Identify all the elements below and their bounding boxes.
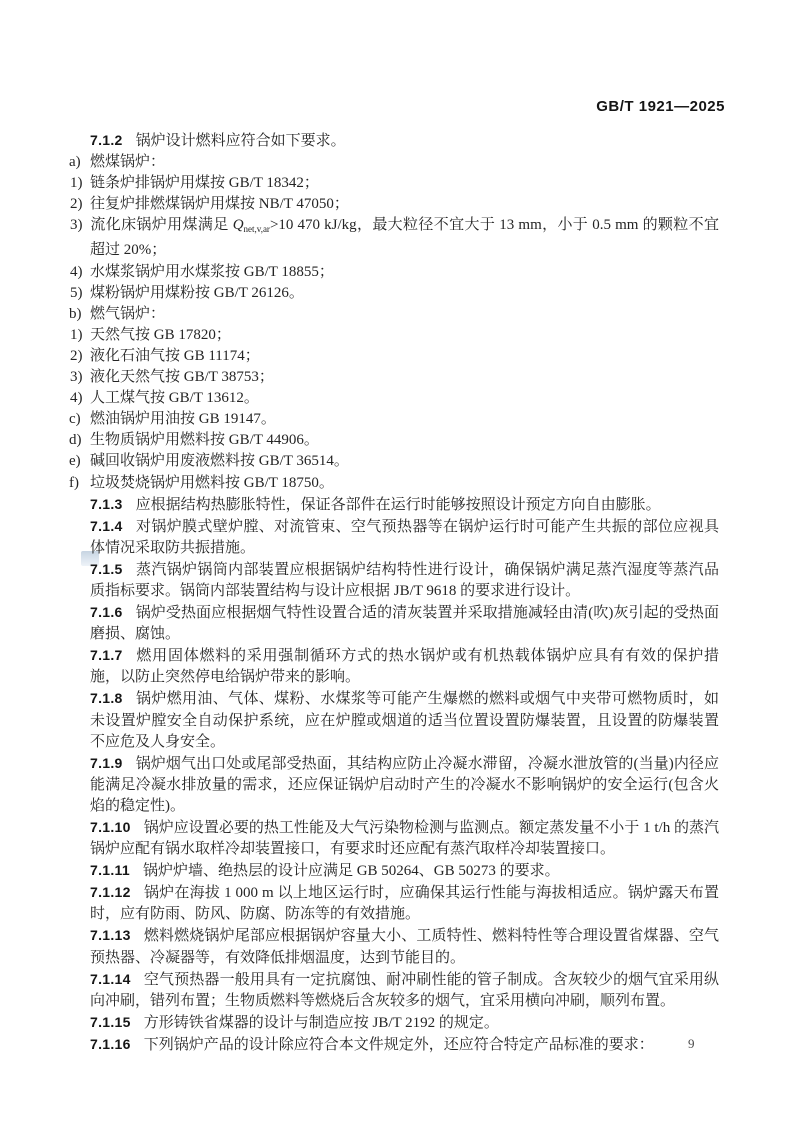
clause-number: 7.1.10 — [90, 819, 131, 835]
list-item-e: e)碱回收锅炉用废液燃料按 GB/T 36514。 — [90, 451, 719, 472]
clause-text: 应根据结构热膨胀特性，保证各部件在运行时能够按照设计预定方向自由膨胀。 — [136, 497, 661, 513]
clause-text: 锅炉设计燃料应符合如下要求。 — [136, 133, 346, 149]
list-item-text: 天然气按 GB 17820； — [90, 327, 231, 343]
clause-number: 7.1.13 — [90, 927, 131, 943]
list-item-a: a)燃煤锅炉： — [90, 152, 719, 173]
list-item-text: 水煤浆锅炉用水煤浆按 GB/T 18855； — [90, 264, 334, 280]
clause-text: 空气预热器一般用具有一定抗腐蚀、耐冲刷性能的管子制成。含灰较少的烟气宜采用纵向冲… — [90, 972, 719, 1009]
clause-text: 蒸汽锅炉锅筒内部装置应根据锅炉结构特性进行设计，确保锅炉满足蒸汽湿度等蒸汽品质指… — [90, 562, 719, 599]
list-item-a4: 4)水煤浆锅炉用水煤浆按 GB/T 18855； — [90, 262, 719, 283]
list-marker: 4) — [70, 388, 90, 409]
page-header: GB/T 1921—2025 — [0, 98, 725, 115]
clause-text: 锅炉应设置必要的热工性能及大气污染物检测与监测点。额定蒸发量不小于 1 t/h … — [90, 820, 719, 857]
list-item-a3: 3)流化床锅炉用煤满足 Qnet,v,ar>10 470 kJ/kg，最大粒径不… — [90, 215, 719, 261]
list-item-d: d)生物质锅炉用燃料按 GB/T 44906。 — [90, 430, 719, 451]
list-item-f: f)垃圾焚烧锅炉用燃料按 GB/T 18750。 — [90, 473, 719, 494]
clause-text: 锅炉烟气出口处或尾部受热面，其结构应防止冷凝水滞留，冷凝水泄放管的(当量)内径应… — [90, 756, 719, 814]
clause-7-1-2: 7.1.2锅炉设计燃料应符合如下要求。 — [90, 130, 719, 152]
clause-number: 7.1.8 — [90, 690, 123, 706]
clause-number: 7.1.5 — [90, 561, 123, 577]
clause-7-1-4: 7.1.4对锅炉膜式壁炉膛、对流管束、空气预热器等在锅炉运行时可能产生共振的部位… — [90, 516, 719, 559]
standard-number: GB/T 1921—2025 — [596, 98, 725, 115]
list-item-b: b)燃气锅炉： — [90, 304, 719, 325]
clause-number: 7.1.16 — [90, 1036, 131, 1052]
list-item-text: 燃油锅炉用油按 GB 19147。 — [90, 411, 276, 427]
clause-7-1-7: 7.1.7燃用固体燃料的采用强制循环方式的热水锅炉或有机热载体锅炉应具有有效的保… — [90, 645, 719, 688]
list-item-b4: 4)人工煤气按 GB/T 13612。 — [90, 388, 719, 409]
clause-number: 7.1.14 — [90, 971, 131, 987]
list-item-b1: 1)天然气按 GB 17820； — [90, 325, 719, 346]
list-marker: e) — [69, 451, 90, 472]
clause-number: 7.1.15 — [90, 1014, 131, 1030]
clause-text: 锅炉炉墙、绝热层的设计应满足 GB 50264、GB 50273 的要求。 — [143, 863, 560, 879]
list-item-text: 碱回收锅炉用废液燃料按 GB/T 36514。 — [90, 453, 349, 469]
list-marker: 2) — [70, 346, 90, 367]
document-content: 7.1.2锅炉设计燃料应符合如下要求。 a)燃煤锅炉： 1)链条炉排锅炉用煤按 … — [90, 130, 719, 1056]
clause-7-1-15: 7.1.15方形铸铁省煤器的设计与制造应按 JB/T 2192 的规定。 — [90, 1012, 719, 1034]
clause-7-1-11: 7.1.11锅炉炉墙、绝热层的设计应满足 GB 50264、GB 50273 的… — [90, 860, 719, 882]
list-item-text: 流化床锅炉用煤满足 — [90, 217, 233, 233]
list-marker: 2) — [70, 194, 90, 215]
list-marker: 4) — [70, 262, 90, 283]
clause-7-1-12: 7.1.12锅炉在海拔 1 000 m 以上地区运行时，应确保其运行性能与海拔相… — [90, 882, 719, 925]
clause-text: 方形铸铁省煤器的设计与制造应按 JB/T 2192 的规定。 — [144, 1015, 499, 1031]
list-marker: 5) — [70, 283, 90, 304]
list-item-a2: 2)往复炉排燃煤锅炉用煤按 NB/T 47050； — [90, 194, 719, 215]
list-marker: d) — [69, 430, 90, 451]
list-marker: c) — [69, 409, 90, 430]
clause-7-1-9: 7.1.9锅炉烟气出口处或尾部受热面，其结构应防止冷凝水滞留，冷凝水泄放管的(当… — [90, 753, 719, 817]
list-item-b3: 3)液化天然气按 GB/T 38753； — [90, 367, 719, 388]
list-item-text: 人工煤气按 GB/T 13612。 — [90, 390, 259, 406]
list-item-a1: 1)链条炉排锅炉用煤按 GB/T 18342； — [90, 173, 719, 194]
list-item-text: 液化天然气按 GB/T 38753； — [90, 369, 274, 385]
clause-number: 7.1.7 — [90, 647, 123, 663]
clause-number: 7.1.2 — [90, 132, 123, 148]
formula-subscript: net,v,ar — [244, 224, 270, 234]
list-item-text: 垃圾焚烧锅炉用燃料按 GB/T 18750。 — [90, 475, 334, 491]
list-item-c: c)燃油锅炉用油按 GB 19147。 — [90, 409, 719, 430]
list-item-text: 煤粉锅炉用煤粉按 GB/T 26126。 — [90, 285, 304, 301]
clause-text: 锅炉燃用油、气体、煤粉、水煤浆等可能产生爆燃的燃料或烟气中夹带可燃物质时，如未设… — [90, 691, 719, 749]
list-marker: f) — [69, 473, 90, 494]
list-marker: a) — [69, 152, 90, 173]
list-item-a5: 5)煤粉锅炉用煤粉按 GB/T 26126。 — [90, 283, 719, 304]
clause-text: 锅炉受热面应根据烟气特性设置合适的清灰装置并采取措施减轻由清(吹)灰引起的受热面… — [90, 605, 719, 642]
list-marker: b) — [69, 304, 90, 325]
clause-number: 7.1.4 — [90, 518, 123, 534]
clause-text: 燃用固体燃料的采用强制循环方式的热水锅炉或有机热载体锅炉应具有有效的保护措施，以… — [90, 648, 719, 685]
clause-number: 7.1.11 — [90, 862, 130, 878]
clause-7-1-10: 7.1.10锅炉应设置必要的热工性能及大气污染物检测与监测点。额定蒸发量不小于 … — [90, 817, 719, 860]
formula-variable: Q — [233, 217, 244, 233]
clause-7-1-6: 7.1.6锅炉受热面应根据烟气特性设置合适的清灰装置并采取措施减轻由清(吹)灰引… — [90, 602, 719, 645]
list-marker: 3) — [70, 215, 90, 236]
document-page: GB/T 1921—2025 7.1.2锅炉设计燃料应符合如下要求。 a)燃煤锅… — [0, 0, 800, 1131]
clause-7-1-3: 7.1.3应根据结构热膨胀特性，保证各部件在运行时能够按照设计预定方向自由膨胀。 — [90, 494, 719, 516]
clause-7-1-14: 7.1.14空气预热器一般用具有一定抗腐蚀、耐冲刷性能的管子制成。含灰较少的烟气… — [90, 969, 719, 1012]
list-marker: 1) — [70, 173, 90, 194]
clause-text: 燃料燃烧锅炉尾部应根据锅炉容量大小、工质特性、燃料特性等合理设置省煤器、空气预热… — [90, 928, 719, 965]
clause-7-1-8: 7.1.8锅炉燃用油、气体、煤粉、水煤浆等可能产生爆燃的燃料或烟气中夹带可燃物质… — [90, 688, 719, 752]
clause-number: 7.1.3 — [90, 496, 123, 512]
clause-7-1-13: 7.1.13燃料燃烧锅炉尾部应根据锅炉容量大小、工质特性、燃料特性等合理设置省煤… — [90, 925, 719, 968]
clause-number: 7.1.6 — [90, 604, 123, 620]
clause-text: 对锅炉膜式壁炉膛、对流管束、空气预热器等在锅炉运行时可能产生共振的部位应视具体情… — [90, 519, 719, 556]
clause-number: 7.1.9 — [90, 755, 123, 771]
list-marker: 3) — [70, 367, 90, 388]
clause-7-1-16: 7.1.16下列锅炉产品的设计除应符合本文件规定外，还应符合特定产品标准的要求： — [90, 1034, 719, 1056]
list-item-text: 液化石油气按 GB 11174； — [90, 348, 260, 364]
clause-7-1-5: 7.1.5蒸汽锅炉锅筒内部装置应根据锅炉结构特性进行设计，确保锅炉满足蒸汽湿度等… — [90, 559, 719, 602]
clause-text: 下列锅炉产品的设计除应符合本文件规定外，还应符合特定产品标准的要求： — [144, 1037, 654, 1053]
clause-text: 锅炉在海拔 1 000 m 以上地区运行时，应确保其运行性能与海拔相适应。锅炉露… — [90, 885, 719, 922]
clause-number: 7.1.12 — [90, 884, 131, 900]
list-item-text: 燃煤锅炉： — [90, 154, 165, 170]
list-item-text: 生物质锅炉用燃料按 GB/T 44906。 — [90, 432, 319, 448]
list-item-text: 往复炉排燃煤锅炉用煤按 NB/T 47050； — [90, 196, 349, 212]
list-marker: 1) — [70, 325, 90, 346]
list-item-text: 链条炉排锅炉用煤按 GB/T 18342； — [90, 175, 319, 191]
list-item-text: 燃气锅炉： — [90, 306, 165, 322]
list-item-b2: 2)液化石油气按 GB 11174； — [90, 346, 719, 367]
